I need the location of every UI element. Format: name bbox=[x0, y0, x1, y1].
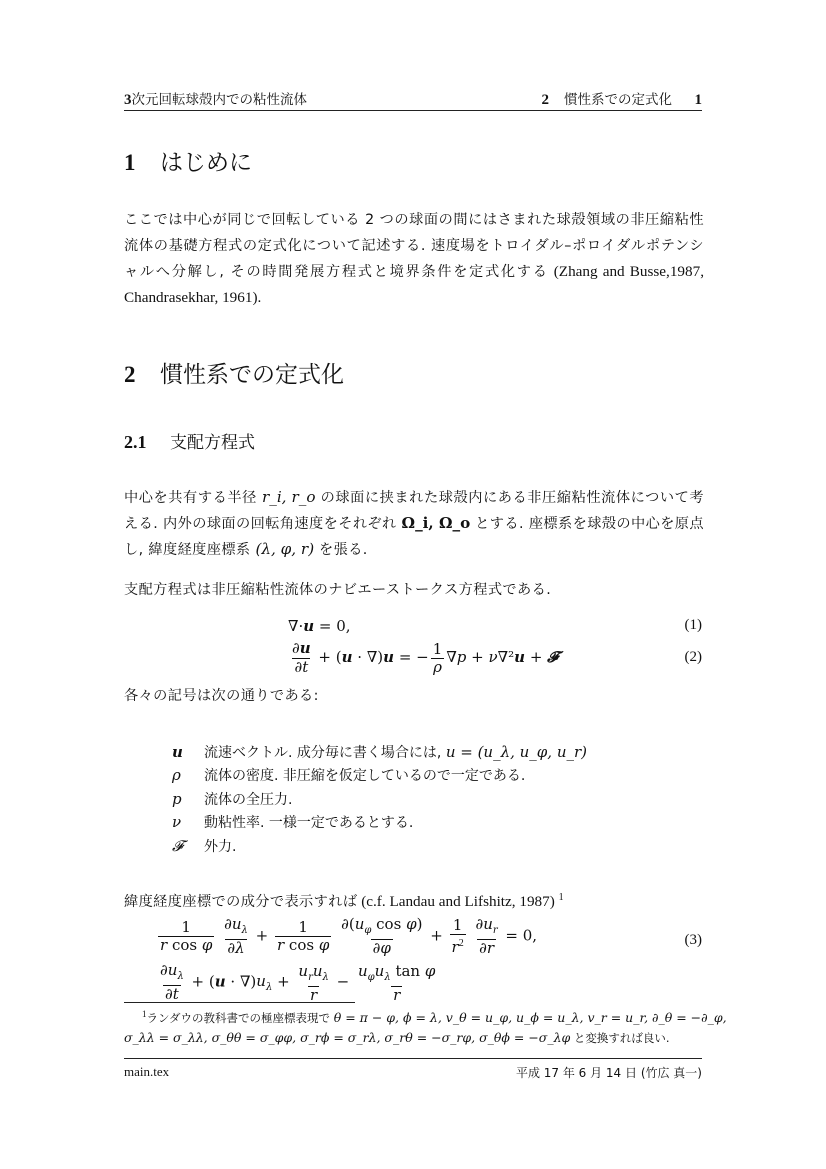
symbol-list: u 流速ベクトル. 成分毎に書く場合には, u = (u_λ, u_φ, u_r… bbox=[172, 740, 587, 858]
intro-paragraph: ここでは中心が同じで回転している 2 つの球面の間にはさまれた球殻領域の非圧縮粘… bbox=[124, 207, 704, 310]
equation-number-2: (2) bbox=[685, 649, 703, 666]
document-page: 3次元回転球殻内での粘性流体 2 慣性系での定式化 1 1はじめに ここでは中心… bbox=[0, 0, 826, 1169]
equation-1: ∇·u = 0, bbox=[288, 617, 351, 636]
footer-rule bbox=[124, 1058, 702, 1059]
page-number: 1 bbox=[695, 92, 703, 108]
list-item: ρ 流体の密度. 非圧縮を仮定しているので一定である. bbox=[172, 764, 587, 788]
footnote-rule bbox=[124, 1002, 355, 1003]
header-chapter: 3次元回転球殻内での粘性流体 bbox=[124, 88, 307, 109]
section-heading-1: 1はじめに bbox=[124, 144, 252, 177]
footer-date-author: 平成 17 年 6 月 14 日 (竹広 真一) bbox=[516, 1064, 702, 1081]
footnote: 1ランダウの教科書での極座標表現で θ = π − φ, ϕ = λ, v_θ … bbox=[124, 1004, 704, 1048]
components-paragraph: 緯度経度座標での成分で表示すれば (c.f. Landau and Lifshi… bbox=[124, 885, 704, 915]
equation-number-3: (3) bbox=[685, 932, 703, 949]
running-header: 3次元回転球殻内での粘性流体 2 慣性系での定式化 1 bbox=[124, 88, 702, 110]
governing-paragraph-1: 中心を共有する半径 r_i, r_o の球面に挟まれた球殻内にある非圧縮粘性流体… bbox=[124, 485, 704, 563]
footer-filename: main.tex bbox=[124, 1064, 169, 1080]
equation-4: ∂uλ∂t + (u · ∇)uλ + uruλr − uφuλ tan φr bbox=[156, 962, 439, 1004]
list-item: p 流体の全圧力. bbox=[172, 787, 587, 811]
equation-2: ∂u∂t + (u · ∇)u = −1ρ∇p + ν∇²u + 𝓕 bbox=[288, 640, 558, 677]
list-item: 𝓕 外力. bbox=[172, 834, 587, 858]
header-rule bbox=[124, 110, 702, 111]
governing-paragraph-2: 支配方程式は非圧縮粘性流体のナビエーストークス方程式である. bbox=[124, 577, 704, 603]
footnote-mark: 1 bbox=[559, 892, 564, 903]
equation-3: 1r cos φ ∂uλ∂λ + 1r cos φ ∂(uφ cos φ)∂φ … bbox=[156, 916, 537, 958]
list-item: ν 動粘性率. 一様一定であるとする. bbox=[172, 811, 587, 835]
header-section: 2 慣性系での定式化 1 bbox=[542, 88, 703, 109]
symbols-intro: 各々の記号は次の通りである: bbox=[124, 683, 704, 709]
subsection-heading-2-1: 2.1支配方程式 bbox=[124, 428, 255, 453]
list-item: u 流速ベクトル. 成分毎に書く場合には, u = (u_λ, u_φ, u_r… bbox=[172, 740, 587, 764]
equation-number-1: (1) bbox=[685, 617, 703, 634]
section-heading-2: 2慣性系での定式化 bbox=[124, 356, 344, 389]
